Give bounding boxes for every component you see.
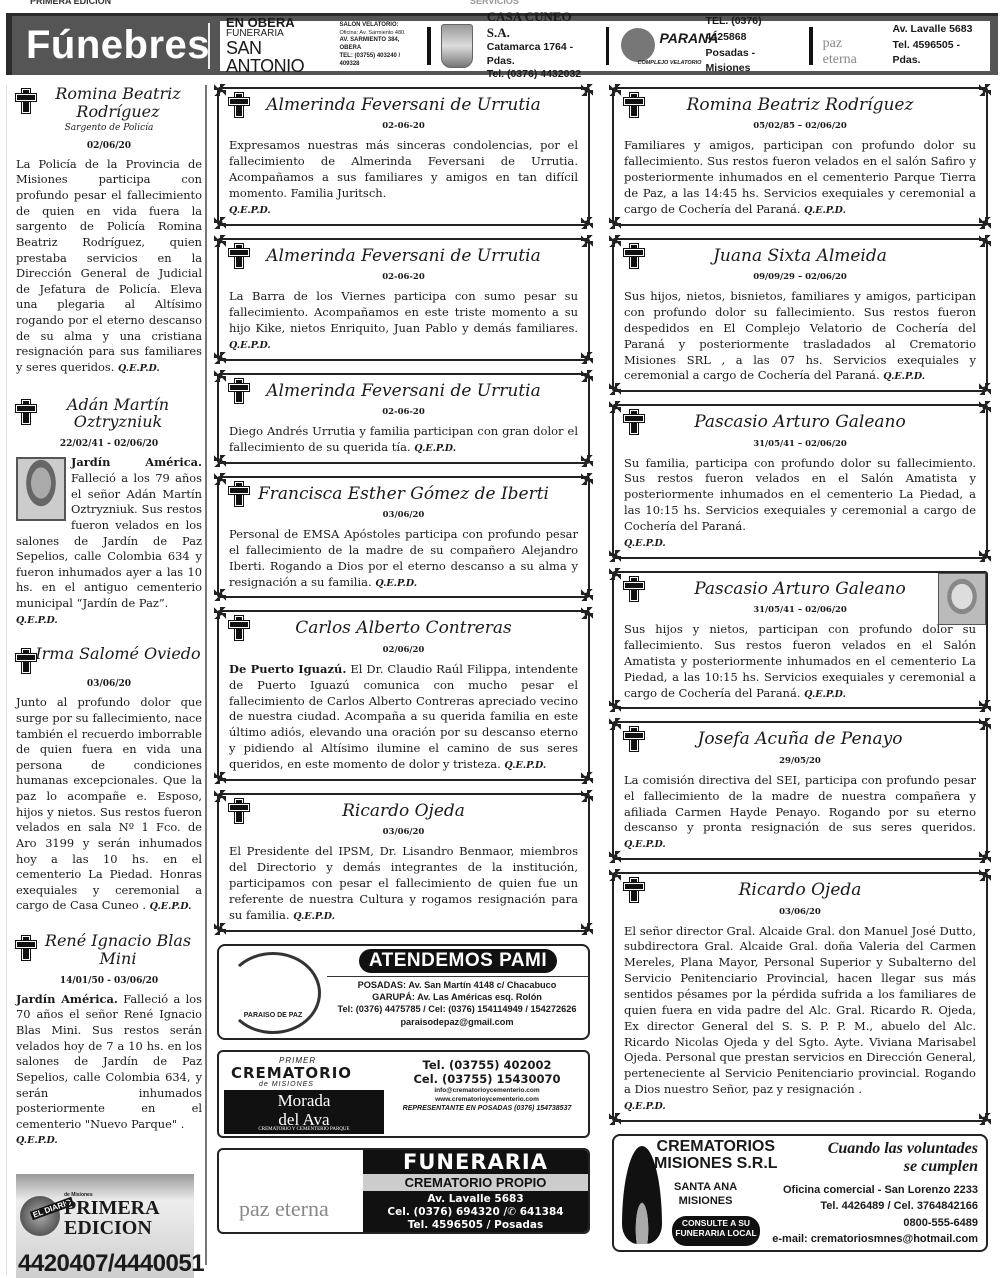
body-text: El Presidente del IPSM, Dr. Lisandro Ben… (229, 844, 578, 921)
obituary-date: 31/05/41 – 02/06/20 (624, 439, 976, 449)
obituary-box: Juana Sixta Almeida 09/09/29 – 02/06/20 … (612, 238, 988, 393)
body-lead: Jardín América. (71, 455, 202, 469)
ad-text: MISIONES (674, 1194, 737, 1208)
ornament-icon (214, 790, 226, 802)
obituary-name: Romina Beatriz Rodríguez (34, 85, 202, 121)
cross-icon (16, 400, 34, 422)
cross-icon (624, 577, 642, 599)
ad-text: Posadas - Misiones (706, 46, 799, 78)
ornament-icon (609, 217, 621, 229)
obituary-body: Jardín América. Falleció a los 79 años e… (16, 455, 202, 627)
header-ads-strip: EN OBERA FUNERARIA SAN ANTONIO SALON VEL… (220, 21, 990, 71)
obituary-box: Romina Beatriz Rodríguez 05/02/85 – 02/0… (612, 87, 988, 226)
ornament-icon (214, 370, 226, 382)
obituary-name: Francisca Esther Gómez de Iberti (229, 484, 578, 504)
ad-text: Tel. 4596505 - Pdas. (892, 38, 984, 70)
obituary-name: René Ignacio Blas Mini (34, 932, 202, 968)
cross-icon (16, 649, 34, 671)
dove-logo-icon: PARAISO DE PAZ (225, 952, 321, 1034)
qepd: Q.E.P.D. (883, 371, 925, 382)
body-text: La Barra de los Viernes participa con su… (229, 289, 578, 335)
body-text: Familiares y amigos, participan con prof… (624, 138, 976, 215)
obituary-name: Ricardo Ojeda (624, 880, 976, 900)
ornament-icon (214, 772, 226, 784)
obituary-body: El señor director Gral. Alcaide Gral. do… (624, 924, 976, 1114)
divider (427, 27, 431, 65)
ad-paraiso-de-paz: PARAISO DE PAZ ATENDEMOS PAMI POSADAS: A… (217, 944, 590, 1040)
obituary-body: El Presidente del IPSM, Dr. Lisandro Ben… (229, 844, 578, 923)
body-text: Expresamos nuestras más sinceras condole… (229, 138, 578, 200)
section-header: Fúnebres EN OBERA FUNERARIA SAN ANTONIO … (6, 13, 998, 75)
obituary-box: Josefa Acuña de Penayo 29/05/20 La comis… (612, 721, 988, 860)
ornament-icon (979, 851, 991, 863)
ad-phone: Tel. 4596505 / Posadas (363, 1219, 588, 1232)
cross-icon (229, 93, 247, 115)
ornament-icon (979, 550, 991, 562)
obituary-box: Almerinda Feversani de Urrutia 02-06-20 … (217, 238, 590, 361)
ornament-icon (979, 235, 991, 247)
ornament-icon (581, 607, 593, 619)
ad-phone: Cel. (0376) 694320 /✆ 641384 (363, 1206, 588, 1219)
ornament-icon (979, 401, 991, 413)
obituary-body: Personal de EMSA Apóstoles participa con… (229, 527, 578, 590)
obituary-date: 03/06/20 (229, 510, 578, 520)
body-text: El señor director Gral. Alcaide Gral. do… (624, 924, 976, 1097)
divider (208, 23, 210, 69)
ad-text: CREMATORIO Y CEMENTERIO PARQUE (224, 1127, 384, 1132)
ad-text: AV. SARMIENTO 384, OBERA (340, 37, 400, 51)
qepd: Q.E.P.D. (375, 578, 417, 589)
body-text: Falleció a los 70 años el señor René Ign… (16, 992, 202, 1131)
ornament-icon (609, 700, 621, 712)
cross-icon (229, 482, 247, 504)
ornament-icon (609, 383, 621, 395)
ad-text: REPRESENTANTE EN POSADAS (0376) 15473853… (389, 1104, 585, 1113)
cross-icon (16, 89, 34, 111)
obituary-date: 31/05/41 – 02/06/20 (624, 605, 976, 615)
ornament-icon (581, 589, 593, 601)
obituary-box: Pascasio Arturo Galeano 31/05/41 – 02/06… (612, 404, 988, 559)
ornament-icon (581, 370, 593, 382)
ornament-icon (214, 352, 226, 364)
obituary-date: 14/01/50 - 03/06/20 (16, 976, 202, 986)
divider (327, 976, 589, 977)
ornament-icon (581, 235, 593, 247)
obituary-box: Ricardo Ojeda 03/06/20 El señor director… (612, 872, 988, 1122)
obituary-name: Ricardo Ojeda (229, 801, 578, 821)
ornament-icon (214, 607, 226, 619)
ad-text: SALON VELATORIO: (340, 22, 399, 28)
obituary-box: Pascasio Arturo Galeano 31/05/41 – 02/06… (612, 571, 988, 710)
obituary-name: Almerinda Feversani de Urrutia (229, 95, 578, 115)
body-text: La comisión directiva del SEI, participa… (624, 773, 976, 835)
obituary-name: Carlos Alberto Contreras (229, 618, 578, 638)
body-text: Diego Andrés Urrutia y familia participa… (229, 424, 578, 454)
ornament-icon (214, 84, 226, 96)
cross-icon (16, 936, 34, 958)
ad-text: CREMATORIO PROPIO (363, 1174, 588, 1191)
obituary-box: Carlos Alberto Contreras 02/06/20 De Pue… (217, 610, 590, 780)
obituary-box: Almerinda Feversani de Urrutia 02-06-20 … (217, 373, 590, 464)
ornament-icon (609, 550, 621, 562)
ornament-icon (979, 1113, 991, 1125)
ad-text: EDICION (64, 1218, 152, 1238)
body-lead: Jardín América. (16, 992, 118, 1006)
column-divider (205, 85, 207, 1265)
obituary-name: Pascasio Arturo Galeano (624, 579, 976, 599)
obituary-date: 22/02/41 - 02/06/20 (16, 439, 202, 449)
ad-text: de MISIONES (259, 1081, 314, 1088)
obituary-name: Josefa Acuña de Penayo (624, 729, 976, 749)
ad-email: e-mail: crematoriosmnes@hotmail.com (772, 1231, 978, 1248)
obituary-body: La Policía de la Provincia de Misiones p… (16, 157, 202, 376)
obituary-box: Almerinda Feversani de Urrutia 02-06-20 … (217, 87, 590, 226)
obituary-body: La comisión directiva del SEI, participa… (624, 773, 976, 852)
portrait-photo (16, 457, 66, 521)
cross-icon (624, 878, 642, 900)
obituary-name: Adán Martín Oztryzniuk (34, 396, 202, 432)
ad-phone: 4420407/4440051 (18, 1250, 204, 1278)
ad-text: Tel. (0376) 4432032 (487, 68, 596, 82)
body-text: Junto al profundo dolor que surge por su… (16, 695, 202, 912)
obituary-body: Sus hijos, nietos, bisnietos, familiares… (624, 289, 976, 384)
ornament-icon (581, 772, 593, 784)
body-text: El Dr. Claudio Raúl Filippa, intendente … (229, 662, 578, 771)
obituary-body: De Puerto Iguazú. El Dr. Claudio Raúl Fi… (229, 662, 578, 773)
ad-text: PARANÁ (659, 30, 718, 46)
obituary-box: Ricardo Ojeda 03/06/20 El Presidente del… (217, 793, 590, 932)
body-text: La Policía de la Provincia de Misiones p… (16, 157, 202, 374)
ad-text: TEL: (03755) 403240 / 409328 (340, 53, 401, 67)
obituary-body: La Barra de los Viernes participa con su… (229, 289, 578, 352)
ornament-icon (609, 869, 621, 881)
ornament-icon (581, 84, 593, 96)
body-text: Su familia, participa con profundo dolor… (624, 456, 976, 533)
ad-text: POSADAS: Av. San Martín 4148 c/ Chacabuc… (323, 979, 591, 991)
ornament-icon (609, 84, 621, 96)
ornament-icon (979, 84, 991, 96)
cross-icon (229, 799, 247, 821)
ad-paz-eterna: paz eterna Av. Lavalle 5683 Tel. 4596505… (817, 21, 990, 71)
obituary: Irma Salomé Oviedo 03/06/20 Junto al pro… (16, 645, 202, 914)
qepd: Q.E.P.D. (624, 839, 666, 850)
ad-text: TEL. (0376) 4425868 (706, 14, 799, 46)
obituary-name: Almerinda Feversani de Urrutia (229, 246, 578, 266)
qepd: Q.E.P.D. (624, 538, 666, 549)
ornament-icon (979, 718, 991, 730)
ad-text: Morada (224, 1090, 384, 1109)
ad-text: Av. Lavalle 5683 (892, 22, 984, 38)
ad-crematorios-misiones: CREMATORIOSMISIONES S.R.L SANTA ANAMISIO… (612, 1134, 988, 1252)
qepd: Q.E.P.D. (16, 615, 58, 626)
cross-icon (229, 244, 247, 266)
ad-text: Av. Lavalle 5683 (363, 1193, 588, 1206)
ad-phone: Tel. (03755) 402002 (389, 1058, 585, 1073)
ad-text: CASA CUNEO S.A. (487, 9, 596, 41)
ornament-icon (581, 923, 593, 935)
crest-icon (441, 24, 473, 68)
ad-text: Oficina comercial - San Lorenzo 2233 (772, 1182, 978, 1199)
obituary-date: 09/09/29 – 02/06/20 (624, 272, 976, 282)
qepd: Q.E.P.D. (804, 689, 846, 700)
ornament-icon (979, 869, 991, 881)
ad-email: paraisodepaz@gmail.com (323, 1016, 591, 1028)
ornament-icon (214, 473, 226, 485)
ornament-icon (979, 217, 991, 229)
obituary-name: Almerinda Feversani de Urrutia (229, 381, 578, 401)
middle-column: Almerinda Feversani de Urrutia 02-06-20 … (217, 87, 590, 1234)
ornament-icon (609, 1113, 621, 1125)
ad-logo-text: PARAISO DE PAZ (244, 1012, 302, 1019)
ad-text: GARUPÁ: Av. Las Américas esq. Rolón (323, 991, 591, 1003)
ornament-icon (214, 235, 226, 247)
section-name: SERVICIOS (470, 0, 519, 6)
ornament-icon (214, 589, 226, 601)
ad-casa-cuneo: CASA CUNEO S.A. Catamarca 1764 - Pdas. T… (435, 21, 602, 71)
body-lead: De Puerto Iguazú. (229, 662, 346, 676)
cross-icon (229, 616, 247, 638)
obituary-body: Familiares y amigos, participan con prof… (624, 138, 976, 217)
ad-text: COMPLEJO VELATORIO (637, 60, 701, 66)
obituary-date: 29/05/20 (624, 756, 976, 766)
ornament-icon (979, 383, 991, 395)
ornament-icon (581, 217, 593, 229)
ad-text: Catamarca 1764 - Pdas. (487, 41, 596, 68)
qepd: Q.E.P.D. (504, 760, 546, 771)
qepd: Q.E.P.D. (804, 205, 846, 216)
divider (809, 27, 813, 65)
obituary-body: Expresamos nuestras más sinceras condole… (229, 138, 578, 217)
qepd: Q.E.P.D. (229, 340, 271, 351)
ornament-icon (581, 352, 593, 364)
ad-text: CONSULTE A SU (672, 1218, 760, 1229)
ad-cocheria-parana: PARANÁ COMPLEJO VELATORIO TEL. (0376) 44… (613, 21, 804, 71)
cross-icon (624, 93, 642, 115)
cross-icon (624, 410, 642, 432)
ad-crematorio-morada-del-ava: PRIMER CREMATORIO de MISIONES Morada del… (217, 1050, 590, 1138)
ad-san-antonio: EN OBERA FUNERARIA SAN ANTONIO SALON VEL… (220, 21, 423, 71)
ad-text: PRIMERA (64, 1198, 160, 1218)
portrait-photo (938, 573, 986, 625)
ad-badge: ATENDEMOS PAMI (359, 949, 557, 973)
obituary-name: Irma Salomé Oviedo (34, 645, 202, 663)
obituary: Adán Martín Oztryzniuk 22/02/41 - 02/06/… (16, 396, 202, 628)
obituary: René Ignacio Blas Mini 14/01/50 - 03/06/… (16, 932, 202, 1148)
dove-logo-icon: paz eterna (823, 24, 879, 68)
obituary-body: Jardín América. Falleció a los 70 años e… (16, 992, 202, 1148)
obituary-name: Pascasio Arturo Galeano (624, 412, 976, 432)
obituary-date: 03/06/20 (16, 679, 202, 689)
ad-text: Tel: (0376) 4475785 / Cel: (0376) 154114… (323, 1003, 591, 1015)
obituary-date: 02-06-20 (229, 121, 578, 131)
obituary-date: 02-06-20 (229, 407, 578, 417)
divider (6, 85, 7, 1275)
ad-text: MISIONES S.R.L (654, 1156, 778, 1173)
ornament-icon (581, 455, 593, 467)
obituary-name: Romina Beatriz Rodríguez (624, 95, 976, 115)
obituary-body: Junto al profundo dolor que surge por su… (16, 695, 202, 914)
section-title: Fúnebres (12, 23, 208, 68)
body-text: Sus hijos y nietos, participan con profu… (624, 622, 976, 699)
ad-logo-block: Morada del Ava CREMATORIO Y CEMENTERIO P… (224, 1090, 384, 1134)
qepd: Q.E.P.D. (229, 205, 271, 216)
obituary-body: Su familia, participa con profundo dolor… (624, 456, 976, 551)
dove-logo-icon: paz eterna (239, 1196, 329, 1222)
ad-funeraria-paz-eterna: paz eterna FUNERARIA CREMATORIO PROPIO A… (217, 1148, 590, 1234)
ad-text: CREMATORIOS (654, 1139, 778, 1156)
newspaper-name: PRIMERA EDICIÓN (30, 0, 111, 6)
parana-logo-icon: PARANÁ COMPLEJO VELATORIO (619, 24, 705, 68)
ornament-icon (581, 790, 593, 802)
ad-text: Oficina: Av. Sarmiento 480. (340, 30, 406, 36)
ornament-icon (609, 718, 621, 730)
ad-phone: Cel. (03755) 15430070 (389, 1072, 585, 1087)
qepd: Q.E.P.D. (118, 363, 160, 374)
cross-icon (229, 379, 247, 401)
ornament-icon (609, 401, 621, 413)
ad-text: FUNERARIA LOCAL (672, 1228, 760, 1239)
obituary-date: 05/02/85 – 02/06/20 (624, 121, 976, 131)
obituary: Romina Beatriz Rodríguez Sargento de Pol… (16, 85, 202, 376)
cross-icon (624, 727, 642, 749)
ad-slogan: se cumplen (828, 1158, 978, 1176)
obituary-date: 02/06/20 (16, 141, 202, 151)
ornament-icon (609, 235, 621, 247)
ad-primera-edicion: EL DIARIO de Misiones PRIMERA EDICION 44… (16, 1174, 194, 1278)
ornament-icon (214, 923, 226, 935)
cross-icon (624, 244, 642, 266)
ornament-icon (214, 455, 226, 467)
ad-phone: 0800-555-6489 (772, 1215, 978, 1232)
obituary-body: Sus hijos y nietos, participan con profu… (624, 622, 976, 701)
obituary-box: Francisca Esther Gómez de Iberti 03/06/2… (217, 476, 590, 599)
ornament-icon (581, 473, 593, 485)
ornament-icon (214, 217, 226, 229)
qepd: Q.E.P.D. (293, 911, 335, 922)
right-column: Romina Beatriz Rodríguez 05/02/85 – 02/0… (612, 87, 988, 1252)
divider (606, 27, 610, 65)
qepd: Q.E.P.D. (16, 1135, 58, 1146)
obituary-date: 03/06/20 (624, 907, 976, 917)
ornament-icon (979, 700, 991, 712)
obituary-name: Juana Sixta Almeida (624, 246, 976, 266)
qepd: Q.E.P.D. (150, 901, 192, 912)
ad-text: SANTA ANA (674, 1180, 737, 1194)
qepd: Q.E.P.D. (624, 1101, 666, 1112)
ad-pill: CONSULTE A SUFUNERARIA LOCAL (672, 1216, 760, 1246)
obituary-body: Diego Andrés Urrutia y familia participa… (229, 424, 578, 456)
ad-phone: Tel. 4426489 / Cel. 3764842166 (772, 1198, 978, 1215)
obituary-date: 02/06/20 (229, 645, 578, 655)
obituary-date: 02-06-20 (229, 272, 578, 282)
body-text: Sus hijos, nietos, bisnietos, familiares… (624, 289, 976, 382)
ad-text: FUNERARIA (363, 1150, 588, 1174)
ad-text: SAN ANTONIO (226, 39, 336, 75)
left-column: Romina Beatriz Rodríguez Sargento de Pol… (16, 85, 202, 1278)
ornament-icon (609, 851, 621, 863)
ad-website: www.crematorioycementerio.com (389, 1096, 585, 1104)
ad-email: info@crematorioycementerio.com (389, 1087, 585, 1095)
ad-text: del Ava (224, 1109, 384, 1128)
obituary-date: 03/06/20 (229, 827, 578, 837)
ornament-icon (609, 568, 621, 580)
ad-slogan: Cuando las voluntades (828, 1140, 978, 1158)
obituary-subtitle: Sargento de Policía (16, 123, 202, 133)
ad-text: CREMATORIO (231, 1064, 352, 1082)
qepd: Q.E.P.D. (414, 443, 456, 454)
